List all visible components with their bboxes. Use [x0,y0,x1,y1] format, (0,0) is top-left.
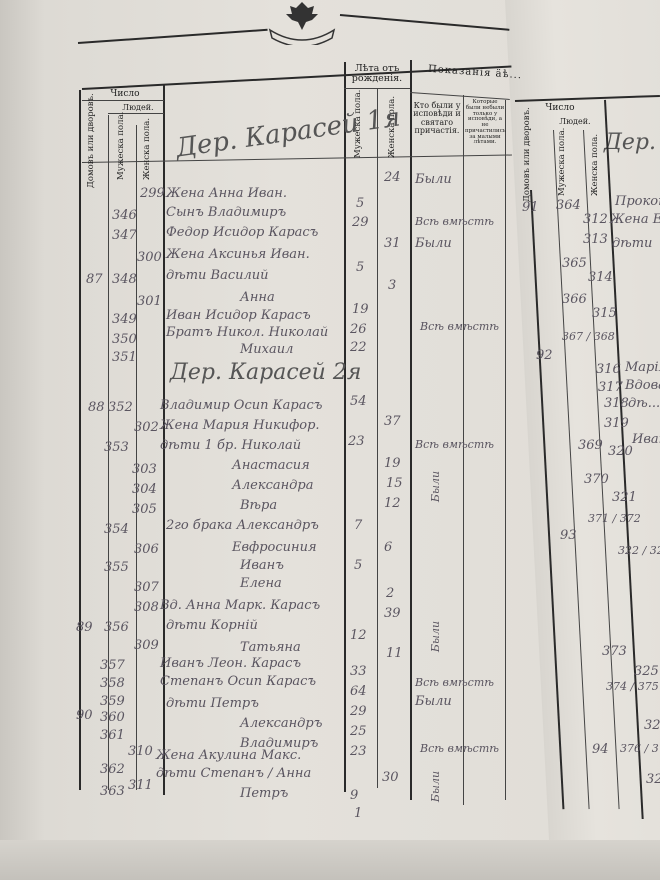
house-num: 90 [76,708,93,723]
female-num: 302 [134,420,159,435]
right-female-num: 319 [604,416,629,431]
entry-name: дѣти Петръ [166,696,259,711]
right-entry-name: Марiя [625,360,660,375]
right-female-num: 320 [608,444,633,459]
age-male: 22 [350,340,367,355]
male-num: 351 [112,350,137,365]
entry-name: Владимир Осип Карасъ [160,398,322,413]
right-female-num: 313 [583,232,608,247]
right-entry-name: дѣти [612,236,652,251]
right-male-num: 370 [584,472,609,487]
male-num: 359 [100,694,125,709]
right-female-num: 315 [592,306,617,321]
male-num: 352 [108,400,133,415]
age-female: 3 [388,278,396,293]
female-num: 300 [137,250,162,265]
header-confession-came: Кто были у исповѣди и святаго причастія. [412,102,462,136]
right-female-num: 317 [598,380,623,395]
col-line [410,60,412,800]
entry-name: Анна [240,290,275,305]
col-line [79,90,81,790]
right-male-num: 369 [578,438,603,453]
entry-name: дѣти Василий [166,268,269,283]
right-male-num: 374 / 375 [606,680,659,693]
entry-name: Степанъ Осип Карасъ [160,674,316,689]
age-male: 64 [350,684,367,699]
age-male: 1 [354,806,362,821]
entry-name: Татьяна [240,640,301,655]
age-female: 30 [382,770,399,785]
col-line [344,62,346,792]
imperial-eagle-emblem-icon [262,0,342,45]
entry-name: Братъ Никол. Николай [166,325,328,340]
female-num: 311 [128,778,153,793]
entry-name: дѣти 1 бр. Николай [160,438,301,453]
age-male: 19 [352,302,369,317]
right-entry-name: дѣ... [628,396,660,411]
age-male: 5 [356,196,364,211]
female-num: 299 [140,186,165,201]
age-female: 31 [384,236,401,251]
right-header-chislo: Число [535,104,585,113]
right-header-male: Мужеска пола. [557,136,567,196]
confession-vertical: Были [429,771,442,802]
female-num: 301 [137,294,162,309]
right-house-num: 92 [536,348,553,363]
entry-name: Петръ [240,786,288,801]
age-male: 29 [352,215,369,230]
male-num: 350 [112,332,137,347]
male-num: 354 [104,522,129,537]
entry-name: Сынъ Владимиръ [166,205,286,220]
entry-name: дѣти Степанъ / Анна [156,766,311,781]
header-subrule [344,88,410,89]
right-entry-name: Жена Ев... [610,212,660,227]
male-num: 356 [104,620,129,635]
age-male: 12 [350,628,367,643]
age-female: 37 [384,414,401,429]
confession: Всѣ вмѣстѣ [415,215,494,228]
confession: Были [415,172,452,187]
entry-name: Михаил [240,342,293,357]
header-male: Мужеска пола. [116,122,126,180]
age-female: 12 [384,496,401,511]
entry-name: Александръ [240,716,322,731]
male-num: 353 [104,440,129,455]
female-num: 307 [134,580,159,595]
female-num: 304 [132,482,157,497]
entry-name: Жена Мария Никифор. [160,418,320,433]
entry-name: Александра [232,478,314,493]
age-female: 6 [384,540,392,555]
male-num: 346 [112,208,137,223]
age-male: 33 [350,664,367,679]
entry-name: Жена Анна Иван. [166,186,287,201]
age-male: 26 [350,322,367,337]
right-male-num: 371 / 372 [588,512,641,525]
header-houses: Домовъ или дворовъ. [86,118,96,188]
confession: Всѣ вмѣстѣ [415,676,494,689]
right-female-num: 318 [604,396,629,411]
age-female: 2 [386,586,394,601]
right-female-num: 314 [588,270,613,285]
right-female-num: 326 [644,718,660,733]
right-female-num: 327 [646,772,660,787]
female-num: 306 [134,542,159,557]
section-title-karasi-2: Дер. Карасей 2я [170,360,361,385]
entry-name: Федор Исидор Карасъ [166,225,318,240]
entry-name: дѣти Корнiй [166,618,258,633]
entry-name: Иван Исидор Карасъ [166,308,311,323]
age-male: 29 [350,704,367,719]
right-male-num: 367 / 368 [562,330,615,343]
male-num: 363 [100,784,125,799]
right-male-num: 365 [562,256,587,271]
right-section-title: Дер. К... [604,130,660,155]
entry-name: Иванъ [240,558,284,573]
header-female: Женска пола. [142,122,152,180]
age-male: 5 [354,558,362,573]
right-female-num: 316 [596,362,621,377]
right-male-num: 376 / 377 [620,742,660,755]
male-num: 357 [100,658,125,673]
right-male-num: 366 [562,292,587,307]
confession: Были [415,236,452,251]
entry-name: Евфросиния [232,540,317,555]
right-female-num: 322 / 323 / 324 [618,544,660,557]
right-header-female: Женска пола. [590,136,600,196]
entry-name: Вд. Анна Марк. Карасъ [160,598,320,613]
house-num: 88 [88,400,105,415]
confession-brace: Всѣ вмѣстѣ [420,742,499,755]
male-num: 355 [104,560,129,575]
age-male: 54 [350,394,367,409]
entry-name: Елена [240,576,282,591]
male-num: 348 [112,272,137,287]
right-female-num: 325 [634,664,659,679]
female-num: 309 [134,638,159,653]
right-entry-name: Прокопiй [615,194,660,209]
female-num: 305 [132,502,157,517]
male-num: 347 [112,228,137,243]
entry-name: Жена Аксинья Иван. [166,247,310,262]
right-entry-name: Вдова [625,378,660,393]
header-confession-not: Которые были небыли только у исповѣди, а… [465,100,505,146]
entry-name: Жена Акулина Макс. [156,748,301,763]
col-line [505,100,506,800]
age-male: 23 [348,434,365,449]
col-line [136,125,137,790]
confession-vertical: Были [429,471,442,502]
age-male: 7 [354,518,362,533]
age-male: 9 [350,788,358,803]
right-female-num: 312 [583,212,608,227]
entry-name: Иванъ Леон. Карасъ [160,656,301,671]
age-male: 5 [356,260,364,275]
female-num: 303 [132,462,157,477]
house-num: 89 [76,620,93,635]
age-female: 19 [384,456,401,471]
confession: Были [415,694,452,709]
right-male-num: 373 [602,644,627,659]
male-num: 349 [112,312,137,327]
female-num: 308 [134,600,159,615]
female-num: 310 [128,744,153,759]
confession-brace: Всѣ вмѣстѣ [420,320,499,333]
age-male: 25 [350,724,367,739]
right-house-num: 94 [592,742,609,757]
right-header-lyudey: Людей. [555,118,595,126]
male-num: 360 [100,710,125,725]
header-chislo: Число [100,90,150,99]
right-house-num: 93 [560,528,577,543]
header-age-group: Лѣта отъ рожденія. [346,64,408,84]
entry-name: Анастасия [232,458,310,473]
age-female: 15 [386,476,403,491]
male-num: 358 [100,676,125,691]
age-female: 39 [384,606,401,621]
house-num: 87 [86,272,103,287]
right-male-num: 364 [556,198,581,213]
male-num: 362 [100,762,125,777]
entry-name: 2го брака Александръ [166,518,319,533]
confession: Всѣ вмѣстѣ [415,438,494,451]
entry-name: Вѣра [240,498,277,513]
age-male: 23 [350,744,367,759]
col-line [377,88,378,788]
right-female-num: 321 [612,490,637,505]
confession-vertical: Были [429,621,442,652]
age-female: 24 [384,170,401,185]
book-bottom-edge [0,840,660,880]
male-num: 361 [100,728,125,743]
age-female: 11 [386,646,403,661]
right-house-num: 91 [522,200,539,215]
right-entry-name: Иван / Жена [632,432,660,447]
